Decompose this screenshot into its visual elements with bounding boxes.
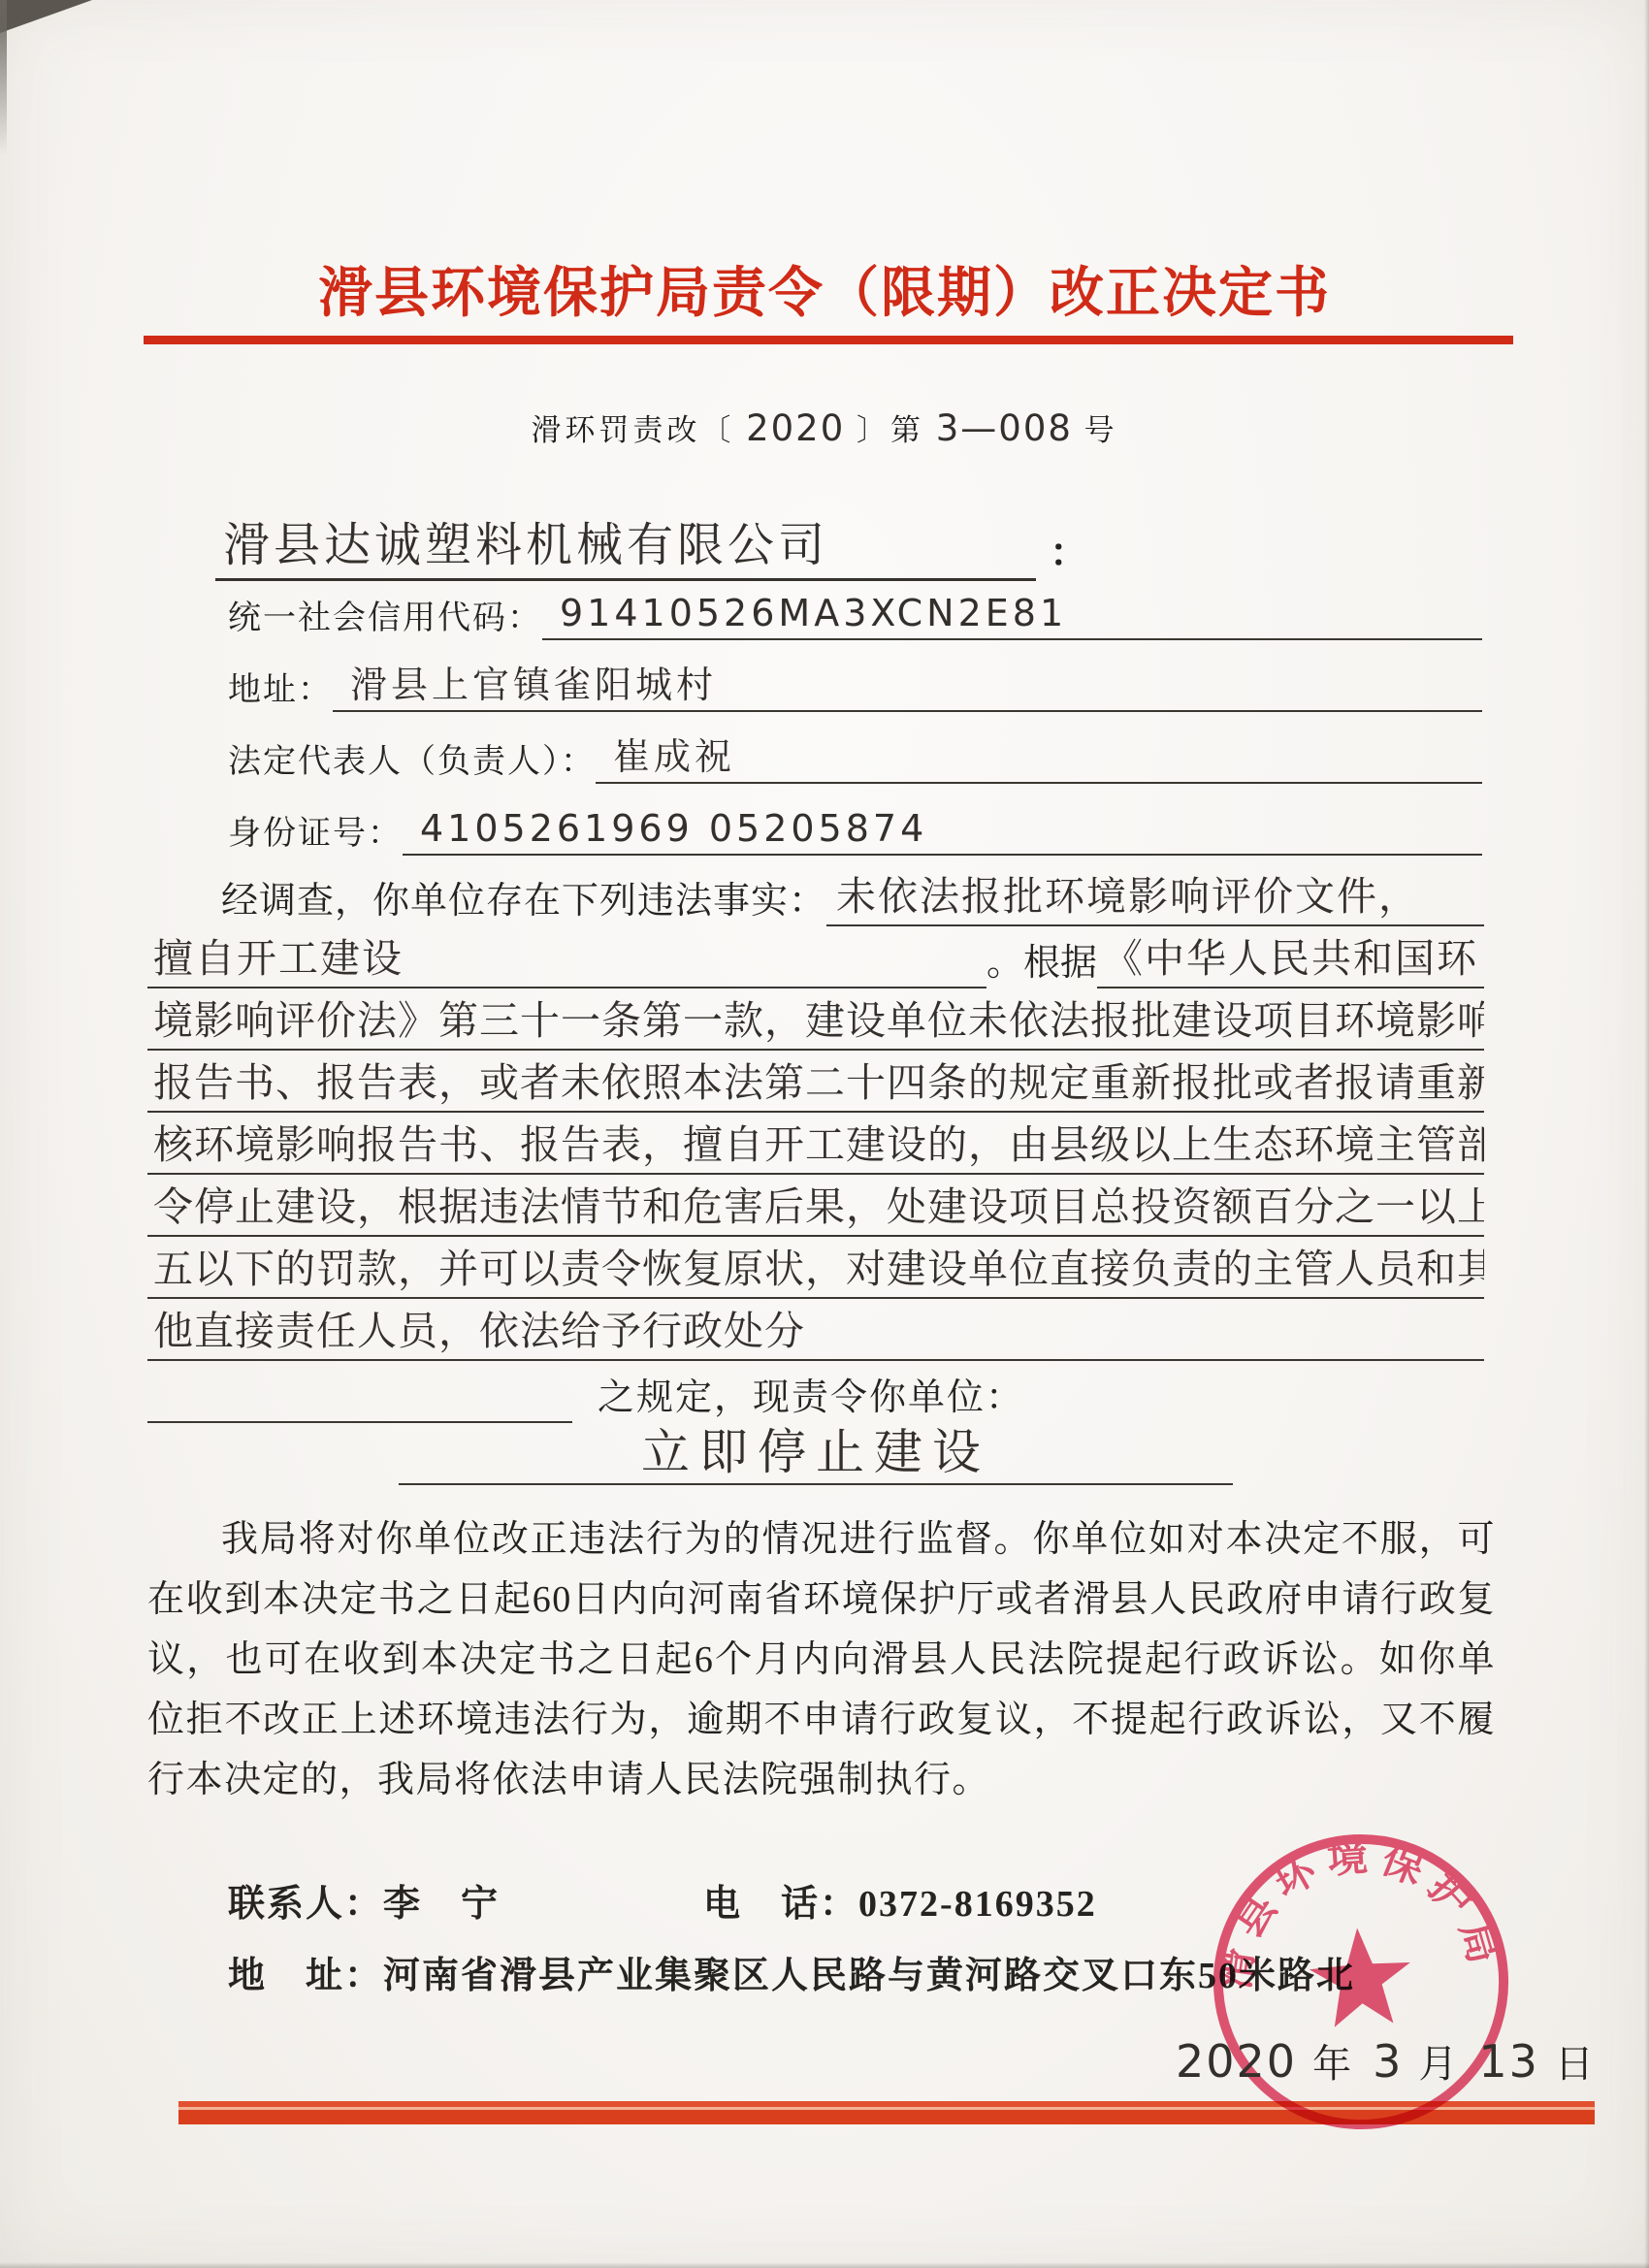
date-year: 2020 xyxy=(1176,2035,1297,2088)
contact-person-label: 联系人： xyxy=(228,1868,383,1940)
finding-line-3: 境影响评价法》第三十一条第一款，建设单位未依法报批建设项目环境影响 xyxy=(147,988,1484,1051)
field-label: 身份证号： xyxy=(228,806,403,856)
provision-line: 之规定，现责令你单位： xyxy=(147,1361,1484,1423)
finding-line-6: 令停止建设，根据违法情节和危害后果，处建设项目总投资额百分之一以上百分之 xyxy=(147,1175,1484,1237)
scan-edge-shadow-bottom xyxy=(0,2262,1649,2268)
supervision-paragraph: 我局将对你单位改正违法行为的情况进行监督。你单位如对本决定不服，可在收到本决定书… xyxy=(147,1509,1496,1810)
addressee-line: 滑县达诚塑料机械有限公司 ： xyxy=(215,518,1088,581)
doc-number: 滑环罚责改〔 2020 〕第 3—008 号 xyxy=(0,405,1649,449)
document-title: 滑县环境保护局责令（限期）改正决定书 xyxy=(116,260,1533,328)
field-value: 4105261969 05205874 xyxy=(403,807,1482,856)
scan-edge-shadow-left xyxy=(0,0,7,155)
handwritten-order: 立即停止建设 xyxy=(399,1423,1233,1485)
stamp-graphic: 滑县环境保护局 4105260000761 xyxy=(1196,1817,1525,2146)
field-label: 法定代表人（负责人）： xyxy=(228,734,596,784)
date-line: 2020 年 3 月 13 日 xyxy=(1176,2033,1600,2089)
handwritten-basis-line: 五以下的罚款，并可以责令恢复原状，对建设单位直接负责的主管人员和其 xyxy=(147,1237,1484,1299)
date-day-unit: 日 xyxy=(1555,2042,1600,2086)
basis-lead: 。根据 xyxy=(986,932,1097,988)
field-label: 地址： xyxy=(228,663,333,712)
doc-number-serial: 3—008 xyxy=(936,407,1073,449)
contact-person: 李 宁 xyxy=(383,1868,500,1940)
handwritten-basis-line: 境影响评价法》第三十一条第一款，建设单位未依法报批建设项目环境影响 xyxy=(147,988,1484,1051)
finding-line-4: 报告书、报告表，或者未依照本法第二十四条的规定重新报批或者报请重新审 xyxy=(147,1051,1484,1113)
doc-number-suffix: 号 xyxy=(1084,413,1118,447)
handwritten-fact-1: 未依法报批环境影响评价文件， xyxy=(826,864,1484,926)
handwritten-basis-line: 核环境影响报告书、报告表，擅自开工建设的，由县级以上生态环境主管部门责 xyxy=(147,1113,1484,1175)
finding-line-7: 五以下的罚款，并可以责令恢复原状，对建设单位直接负责的主管人员和其 xyxy=(147,1237,1484,1299)
violation-finding-block: 经调查，你单位存在下列违法事实： 未依法报批环境影响评价文件， 擅自开工建设 。… xyxy=(147,864,1484,1485)
scanned-document-page: 滑县环境保护局责令（限期）改正决定书 滑环罚责改〔 2020 〕第 3—008 … xyxy=(0,0,1649,2268)
handwritten-basis-line: 报告书、报告表，或者未依照本法第二十四条的规定重新报批或者报请重新审 xyxy=(147,1051,1484,1113)
field-row-legal-representative: 法定代表人（负责人）： 崔成祝 xyxy=(228,729,1482,784)
finding-line-5: 核环境影响报告书、报告表，擅自开工建设的，由县级以上生态环境主管部门责 xyxy=(147,1113,1484,1175)
finding-line-8: 他直接责任人员，依法给予行政处分 xyxy=(147,1299,1484,1361)
contact-phone: 0372-8169352 xyxy=(858,1868,1097,1940)
finding-line-1: 经调查，你单位存在下列违法事实： 未依法报批环境影响评价文件， xyxy=(147,864,1484,926)
contact-phone-label: 电 话： xyxy=(703,1868,858,1940)
handwritten-basis-line: 他直接责任人员，依法给予行政处分 xyxy=(147,1299,1484,1361)
date-month: 3 xyxy=(1373,2035,1403,2088)
scan-edge-shadow-right xyxy=(1644,0,1649,2268)
order-line: 立即停止建设 xyxy=(147,1423,1484,1485)
stamp-star-icon xyxy=(1307,1925,1414,2028)
date-day: 13 xyxy=(1478,2035,1539,2088)
field-row-address: 地址： 滑县上官镇雀阳城村 xyxy=(228,658,1482,712)
field-label: 统一社会信用代码： xyxy=(228,591,542,640)
finding-lead: 经调查，你单位存在下列违法事实： xyxy=(147,870,826,926)
handwritten-fact-2: 擅自开工建设 xyxy=(147,926,409,988)
field-row-credit-code: 统一社会信用代码： 91410526MA3XCN2E81 xyxy=(228,586,1482,640)
field-value: 91410526MA3XCN2E81 xyxy=(542,592,1482,640)
date-year-unit: 年 xyxy=(1312,2042,1357,2086)
doc-number-year: 2020 xyxy=(746,407,845,449)
info-fields: 统一社会信用代码： 91410526MA3XCN2E81 地址： 滑县上官镇雀阳… xyxy=(228,586,1482,873)
date-month-unit: 月 xyxy=(1418,2042,1463,2086)
official-stamp: 滑县环境保护局 4105260000761 xyxy=(1196,1817,1525,2146)
scan-corner-shadow xyxy=(0,0,92,33)
finding-line-2: 擅自开工建设 。根据 《中华人民共和国环 xyxy=(147,926,1484,988)
doc-number-middle: 〕第 xyxy=(857,413,924,447)
provision-text: 之规定，现责令你单位： xyxy=(598,1367,1024,1423)
field-value: 崔成祝 xyxy=(596,735,1482,784)
field-row-id-number: 身份证号： 4105261969 05205874 xyxy=(228,801,1482,856)
field-value: 滑县上官镇雀阳城村 xyxy=(333,664,1482,712)
addressee-name: 滑县达诚塑料机械有限公司 xyxy=(215,518,1036,581)
doc-number-prefix: 滑环罚责改〔 xyxy=(531,413,734,447)
addressee-colon: ： xyxy=(1050,522,1088,581)
contact-address-label: 地 址： xyxy=(228,1940,383,2012)
handwritten-basis-line: 令停止建设，根据违法情节和危害后果，处建设项目总投资额百分之一以上百分之 xyxy=(147,1175,1484,1237)
title-divider-rule xyxy=(144,336,1513,344)
handwritten-basis-line: 《中华人民共和国环 xyxy=(1097,926,1484,988)
